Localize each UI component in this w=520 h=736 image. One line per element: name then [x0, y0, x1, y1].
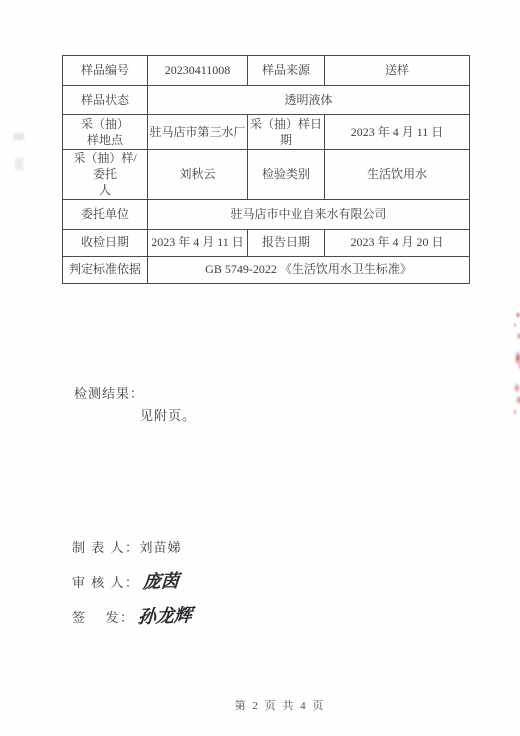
sample-state-label: 样品状态	[63, 86, 148, 115]
sample-source-value: 送样	[325, 56, 470, 86]
preparer-line: 制 表 人：刘苗娣	[72, 537, 182, 556]
sampler-value: 刘秋云	[148, 150, 248, 200]
table-row: 采（抽）样地点 驻马店市第三水厂 采（抽）样日 期 2023 年 4 月 11 …	[63, 115, 470, 150]
table-row: 样品编号 20230411008 样品来源 送样	[63, 56, 470, 86]
sample-source-label: 样品来源	[248, 56, 325, 86]
issuer-line: 签 发：孙龙辉	[72, 603, 192, 629]
sampler-label: 采（抽）样/委托 人	[63, 150, 148, 200]
issuer-label: 签 发：	[72, 607, 135, 626]
table-row: 样品状态 透明液体	[63, 86, 470, 115]
client-value: 驻马店市中业自来水有限公司	[148, 199, 470, 229]
results-title: 检测结果：	[74, 383, 144, 402]
report-date-value: 2023 年 4 月 20 日	[325, 229, 470, 256]
sampling-place-value: 驻马店市第三水厂	[148, 115, 248, 150]
reviewer-label: 审 核 人：	[72, 572, 140, 591]
results-content: 见附页。	[140, 405, 196, 424]
standard-label: 判定标准依据	[63, 256, 148, 283]
standard-value: GB 5749-2022 《生活饮用水卫生标准》	[148, 256, 470, 283]
table-row: 委托单位 驻马店市中业自来水有限公司	[63, 199, 470, 229]
table-row: 采（抽）样/委托 人 刘秋云 检验类别 生活饮用水	[63, 150, 470, 200]
sample-no-label: 样品编号	[63, 56, 148, 86]
sampling-place-label: 采（抽）样地点	[63, 115, 148, 150]
reviewer-line: 审 核 人：庞茵	[72, 568, 179, 594]
report-date-label: 报告日期	[248, 229, 325, 256]
sample-state-value: 透明液体	[148, 86, 470, 115]
test-category-value: 生活饮用水	[325, 150, 470, 200]
table-row: 判定标准依据 GB 5749-2022 《生活饮用水卫生标准》	[63, 256, 470, 283]
sample-info-table: 样品编号 20230411008 样品来源 送样 样品状态 透明液体 采（抽）样…	[62, 55, 470, 284]
client-label: 委托单位	[63, 199, 148, 229]
reviewer-signature: 庞茵	[142, 567, 180, 594]
scanned-report-page: 样品编号 20230411008 样品来源 送样 样品状态 透明液体 采（抽）样…	[0, 0, 520, 736]
sampling-date-value: 2023 年 4 月 11 日	[325, 115, 470, 150]
scan-smudge	[15, 158, 23, 170]
red-seal-edge	[509, 306, 520, 422]
preparer-name: 刘苗娣	[140, 537, 182, 556]
issuer-signature: 孙龙辉	[137, 601, 193, 629]
table-row: 收检日期 2023 年 4 月 11 日 报告日期 2023 年 4 月 20 …	[63, 229, 470, 256]
test-category-label: 检验类别	[248, 150, 325, 200]
sample-no-value: 20230411008	[148, 56, 248, 86]
scan-smudge	[13, 133, 24, 140]
receive-date-value: 2023 年 4 月 11 日	[148, 229, 248, 256]
preparer-label: 制 表 人：	[72, 537, 140, 556]
page-number: 第 2 页 共 4 页	[0, 697, 520, 713]
receive-date-label: 收检日期	[63, 229, 148, 256]
sampling-date-label: 采（抽）样日 期	[248, 115, 325, 150]
